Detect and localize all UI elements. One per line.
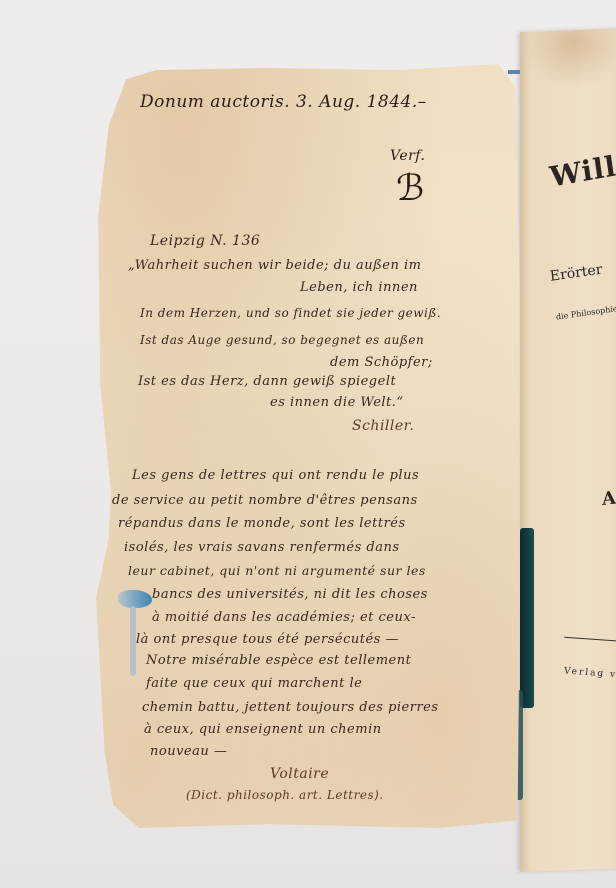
verse-attribution: Schiller. xyxy=(352,418,414,434)
quote-line-11: chemin battu, jettent toujours des pierr… xyxy=(142,700,439,715)
verse-line-4: Ist das Auge gesund, so begegnet es auße… xyxy=(140,333,424,347)
verse-line-6: Ist es das Herz, dann gewiß spiegelt xyxy=(138,374,396,389)
quote-line-6: bancs des universités, ni dit les choses xyxy=(152,587,428,602)
verse-line-3: In dem Herzen, und so findet sie jeder g… xyxy=(140,306,441,320)
quote-line-8: là ont presque tous été persécutés — xyxy=(136,632,399,647)
water-stain xyxy=(524,28,616,91)
book-photograph: Wille Erörter die Philosophie c Art Verl… xyxy=(0,0,616,888)
quote-line-3: répandus dans le monde, sont les lettrés xyxy=(118,516,406,531)
title-rule xyxy=(564,637,616,643)
torn-corner-hole xyxy=(118,590,152,608)
verse-line-2: Leben, ich innen xyxy=(300,280,418,295)
quote-line-10: faite que ceux qui marchent le xyxy=(146,676,362,691)
book-author: Art xyxy=(601,486,616,510)
quote-line-12: à ceux, qui enseignent un chemin xyxy=(144,722,382,737)
quote-line-5: leur cabinet, qui n'ont ni argumenté sur… xyxy=(128,563,426,578)
quote-line-13: nouveau — xyxy=(150,744,227,759)
reference-number: Leipzig N. 136 xyxy=(150,233,260,249)
quote-line-9: Notre misérable espèce est tellement xyxy=(146,653,411,668)
book-subtitle: Erörter xyxy=(549,262,603,285)
quote-line-1: Les gens de lettres qui ont rendu le plu… xyxy=(132,468,419,483)
book-title: Wille xyxy=(548,146,616,193)
quote-line-4: isolés, les vrais savans renfermés dans xyxy=(124,540,400,555)
quote-line-2: de service au petit nombre d'êtres pensa… xyxy=(112,493,418,508)
verse-line-7: es innen die Welt.“ xyxy=(270,395,404,410)
book-subtitle-small: die Philosophie xyxy=(556,304,616,322)
printed-title-page: Wille Erörter die Philosophie c Art Verl… xyxy=(520,28,616,872)
publisher-line: Verlag v xyxy=(563,666,616,680)
presentation-inscription: Donum auctoris. 3. Aug. 1844.– xyxy=(140,92,427,112)
quote-line-7: à moitié dans les académies; et ceux- xyxy=(152,610,416,625)
quote-attribution: Voltaire xyxy=(270,766,329,782)
signature-flourish: ℬ xyxy=(396,168,425,209)
blue-edge-fragment xyxy=(508,70,520,74)
torn-spine xyxy=(520,528,534,708)
verse-line-1: „Wahrheit suchen wir beide; du außen im xyxy=(128,258,421,273)
author-signature: Verf. xyxy=(390,148,425,164)
quote-source: (Dict. philosoph. art. Lettres). xyxy=(186,788,384,802)
verse-line-5: dem Schöpfer; xyxy=(330,355,433,370)
